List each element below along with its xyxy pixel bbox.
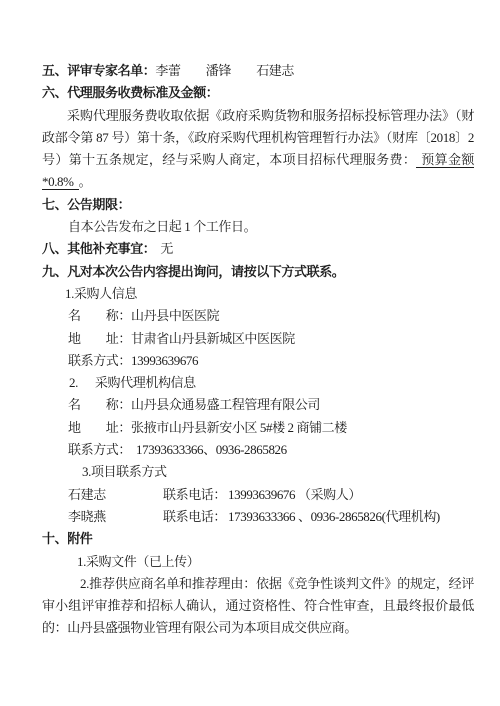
agency-address-line: 地 址：张掖市山丹县新安小区 5#楼 2 商铺二楼: [42, 417, 474, 439]
agency-address-value: 张掖市山丹县新安小区 5#楼 2 商铺二楼: [131, 420, 347, 435]
purchaser-name-line: 名 称：山丹县中医医院: [42, 305, 474, 327]
section-6-heading: 六、代理服务收费标准及金额：: [42, 82, 474, 104]
contact-person-name: 石建志: [68, 484, 163, 506]
section-7-heading: 七、公告期限：: [42, 194, 474, 216]
contact-phone-label: 联系电话：: [163, 484, 226, 506]
section-8-heading: 八、其他补充事宜：: [42, 241, 155, 256]
attachment-item-2: 2.推荐供应商名单和推荐理由：依据《竞争性谈判文件》的规定，经评审小组评审推荐和…: [42, 573, 474, 640]
section-8-line: 八、其他补充事宜：无: [42, 238, 474, 260]
purchaser-contact-value: 13993639676: [131, 353, 198, 368]
document-page: 五、评审专家名单：李蕾 潘锋 石建志 六、代理服务收费标准及金额： 采购代理服务…: [0, 0, 500, 706]
purchaser-contact-label: 联系方式：: [68, 353, 131, 368]
attachment-item-1: 1.采购文件（已上传）: [42, 551, 474, 573]
project-contact-row-purchaser: 石建志联系电话：13993639676 （采购人）: [42, 484, 474, 506]
contact-person-name: 李晓燕: [68, 506, 163, 528]
expert-names: 李蕾 潘锋 石建志: [155, 63, 294, 78]
agency-info-title-line: 2.采购代理机构信息: [42, 372, 474, 394]
contact-phone-value: 17393633366 、0936-2865826(代理机构): [228, 506, 440, 528]
agency-info-number: 2.: [69, 375, 78, 390]
purchaser-name-value: 山丹县中医医院: [131, 308, 219, 323]
section-5-heading: 五、评审专家名单：: [42, 63, 155, 78]
announcement-period-text: 自本公告发布之日起 1 个工作日。: [42, 216, 474, 238]
purchaser-address-value: 甘肃省山丹县新城区中医医院: [131, 331, 295, 346]
agency-address-label: 地 址：: [68, 420, 131, 435]
section-9-heading: 九、凡对本次公告内容提出询问，请按以下方式联系。: [42, 261, 474, 283]
agency-name-label: 名 称：: [68, 397, 131, 412]
purchaser-name-label: 名 称：: [68, 308, 131, 323]
agency-fee-paragraph: 采购代理服务费收取依据《政府采购货物和服务招标投标管理办法》（财政部令第 87 …: [42, 105, 474, 194]
agency-info-title: 采购代理机构信息: [95, 375, 196, 390]
contact-phone-value: 13993639676 （采购人）: [228, 484, 361, 506]
purchaser-address-line: 地 址：甘肃省山丹县新城区中医医院: [42, 328, 474, 350]
project-contact-row-agency: 李晓燕联系电话：17393633366 、0936-2865826(代理机构): [42, 506, 474, 528]
fee-text-before: 采购代理服务费收取依据《政府采购货物和服务招标投标管理办法》（财政部令第 87 …: [42, 108, 474, 168]
section-5-expert-list-line: 五、评审专家名单：李蕾 潘锋 石建志: [42, 60, 474, 82]
fee-text-after: 。: [79, 174, 92, 189]
agency-contact-label: 联系方式：: [68, 442, 131, 457]
purchaser-address-label: 地 址：: [68, 331, 131, 346]
agency-contact-line: 联系方式：17393633366、0936-2865826: [42, 439, 474, 461]
purchaser-info-title: 1.采购人信息: [42, 283, 474, 305]
purchaser-contact-line: 联系方式：13993639676: [42, 350, 474, 372]
project-contact-title: 3.项目联系方式: [42, 461, 474, 483]
section-8-value: 无: [160, 241, 173, 256]
section-10-heading: 十、附件: [42, 528, 474, 550]
agency-name-line: 名 称：山丹县众通易盛工程管理有限公司: [42, 394, 474, 416]
contact-phone-label: 联系电话：: [163, 506, 226, 528]
agency-name-value: 山丹县众通易盛工程管理有限公司: [131, 397, 320, 412]
agency-contact-value: 17393633366、0936-2865826: [136, 442, 287, 457]
